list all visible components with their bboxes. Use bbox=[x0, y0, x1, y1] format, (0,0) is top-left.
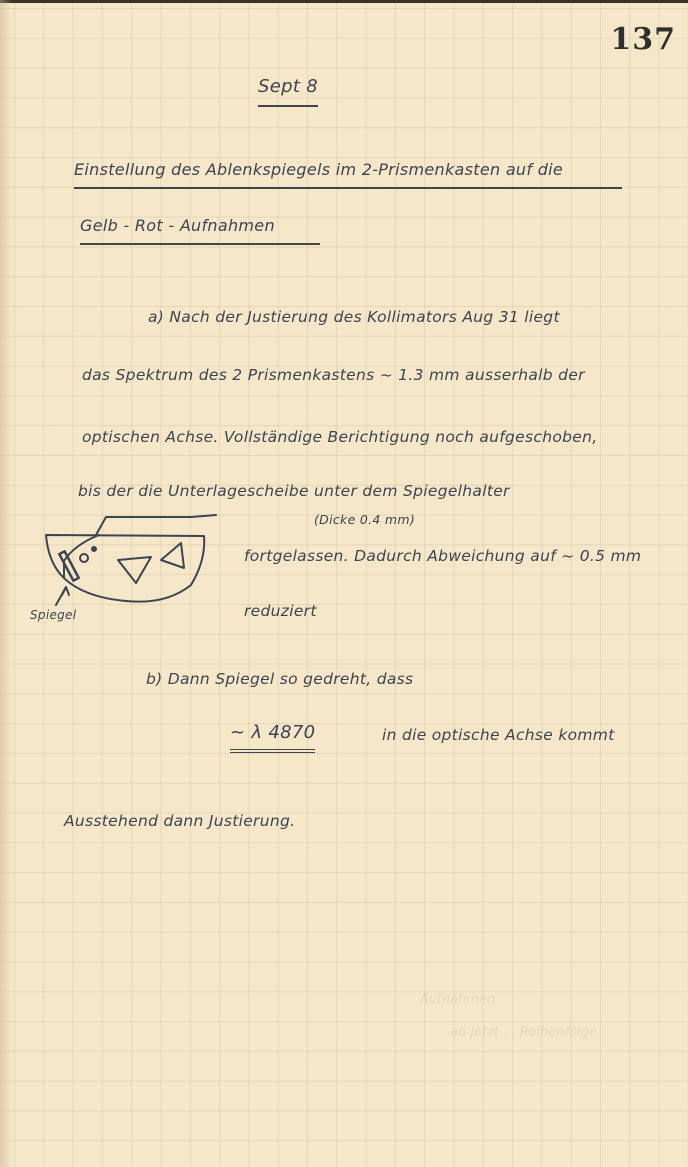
closing-note: Ausstehend dann Justierung. bbox=[64, 812, 295, 830]
leader-line-icon bbox=[96, 515, 216, 535]
section-a-line-1: a) Nach der Justierung des Kollimators A… bbox=[148, 308, 560, 326]
prism-2-icon bbox=[161, 543, 184, 568]
section-a-line-5: fortgelassen. Dadurch Abweichung auf ~ 0… bbox=[244, 547, 641, 565]
entry-title-line-1: Einstellung des Ablenkspiegels im 2-Pris… bbox=[74, 160, 622, 189]
section-a-line-6: reduziert bbox=[244, 602, 317, 620]
section-a-line-3: optischen Achse. Vollständige Berichtigu… bbox=[82, 428, 597, 446]
bleed-through-text: Aufnahmen bbox=[420, 992, 495, 1007]
section-a-line-2: das Spektrum des 2 Prismenkastens ~ 1.3 … bbox=[82, 366, 585, 384]
section-b-line-2: in die optische Achse kommt bbox=[382, 726, 615, 744]
page-number: 137 bbox=[610, 22, 676, 57]
pivot-dot-icon bbox=[92, 547, 96, 551]
entry-date: Sept 8 bbox=[258, 76, 318, 107]
prism-1-icon bbox=[118, 557, 151, 583]
section-b-wavelength: ~ λ 4870 bbox=[230, 722, 315, 753]
section-a-line-4: bis der die Unterlagescheibe unter dem S… bbox=[78, 482, 510, 500]
bleed-through-text: ab jetzt ... Reihenfolge bbox=[450, 1025, 597, 1040]
sketch-label-mirror: Spiegel bbox=[30, 608, 76, 622]
section-a-note-thickness: (Dicke 0.4 mm) bbox=[314, 512, 415, 527]
page-top-edge bbox=[0, 0, 688, 3]
page-binding-shadow bbox=[0, 0, 12, 1167]
lens-icon bbox=[80, 554, 88, 562]
entry-title-line-2: Gelb - Rot - Aufnahmen bbox=[80, 216, 320, 245]
section-b-line-1: b) Dann Spiegel so gedreht, dass bbox=[146, 670, 413, 688]
